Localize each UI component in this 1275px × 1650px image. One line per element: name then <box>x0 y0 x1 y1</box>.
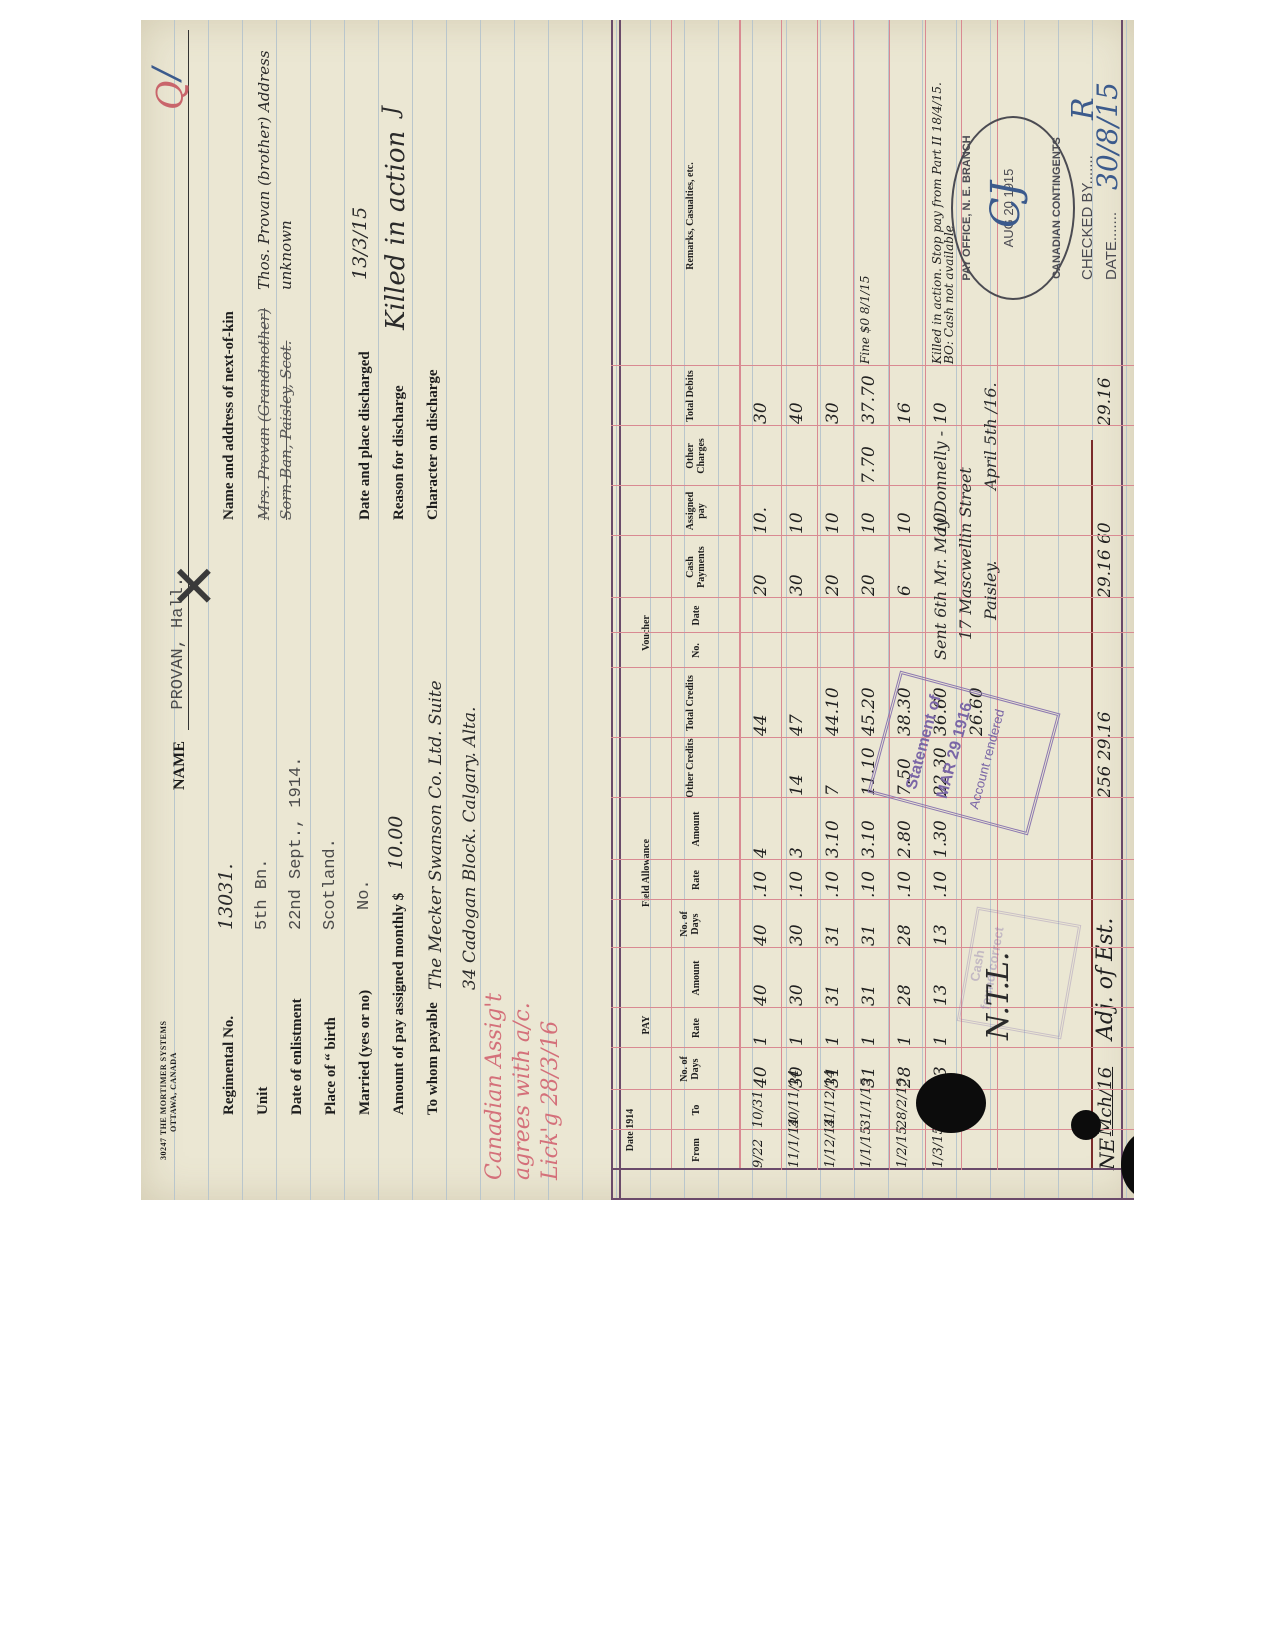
header-to: To <box>691 1090 702 1130</box>
regimental-no-value: 13031. <box>215 864 237 930</box>
header-fa-amount: Amount <box>691 798 702 860</box>
ledger-cell-cash: 20 <box>823 574 843 596</box>
discharge-character-label: Character on discharge <box>425 369 442 520</box>
ledger-cell-fa-amount: 3.10 <box>823 820 843 858</box>
summary-cash: 29.16 60 <box>1095 522 1115 598</box>
header-total-debits: Total Debits <box>685 366 696 426</box>
ledger-row-rule <box>781 20 782 1170</box>
ledger-cell-cash: 20 <box>751 574 771 596</box>
ledger-cell-pay-rate: 1 <box>787 1035 807 1046</box>
assigned-amount-value: 10.00 <box>385 816 407 870</box>
name-label: NAME <box>171 741 189 790</box>
ledger-column-rule <box>611 597 1134 598</box>
ledger-cell-total-debits: 40 <box>787 402 807 424</box>
unit-value: 5th Bn. <box>253 859 272 930</box>
date-value: 30/8/15 <box>1091 82 1124 190</box>
ledger-cell-pay-days: 30 <box>787 1066 807 1088</box>
ledger-cell-pay-amount: 31 <box>859 984 879 1006</box>
discharge-reason-value: Killed in action <box>381 131 411 330</box>
header-voucher: Voucher <box>641 598 652 668</box>
discharge-date-label: Date and place discharged <box>357 351 374 520</box>
next-of-kin-label: Name and address of next-of-kin <box>221 311 238 520</box>
tick-mark: J <box>379 106 404 115</box>
ledger-cell-total-credits: 45.20 <box>859 687 879 736</box>
scanned-card: 30247 THE MORTIMER SYSTEMS OTTAWA, CANAD… <box>141 20 1134 1200</box>
ledger-cell-fa-amount: 2.80 <box>895 820 915 858</box>
ledger-cell-total-debits: 30 <box>823 402 843 424</box>
note-street: 17 Mascwellin Street <box>956 467 975 640</box>
ledger-cell-pay-rate: 1 <box>859 1035 879 1046</box>
ledger-cell-cash: 20 <box>859 574 879 596</box>
printer-mark-line: OTTAWA, CANADA <box>169 1021 179 1160</box>
header-cash-payments: Cash Payments <box>685 536 707 598</box>
summary-from: NE <box>1095 1138 1119 1170</box>
ledger-cell-total-credits: 44 <box>751 714 771 736</box>
ledger-border <box>619 20 621 1200</box>
printer-mark-line: 30247 THE MORTIMER SYSTEMS <box>159 1021 169 1160</box>
ledger-cell-pay-rate: 1 <box>823 1035 843 1046</box>
header-pay-amount: Amount <box>691 948 702 1008</box>
printer-mark: 30247 THE MORTIMER SYSTEMS OTTAWA, CANAD… <box>159 1021 179 1160</box>
ledger-cell-remarks: Fine $0 8/1/15 <box>859 64 871 364</box>
discharge-date-value: 13/3/15 <box>349 207 371 280</box>
ledger-column-rule <box>611 797 1134 798</box>
ledger-column-rule <box>611 632 1134 633</box>
ledger-cell-fa-amount: 4 <box>751 847 771 858</box>
header-other-credits: Other Credits <box>685 738 696 798</box>
ledger-cell-fa-days: 31 <box>859 924 879 946</box>
ledger-row-rule <box>889 20 890 1170</box>
ledger-cell-from: 9/22 <box>751 1139 766 1168</box>
ledger-cell-assigned: 10 <box>787 512 807 534</box>
ledger-cell-pay-days: 28 <box>895 1066 915 1088</box>
ledger-cell-pay-amount: 30 <box>787 984 807 1006</box>
ledger-cell-total-credits: 47 <box>787 714 807 736</box>
margin-note-red: Canadian Assig't agrees with a/c. Lick'g… <box>481 993 565 1180</box>
ledger-cell-fa-days: 30 <box>787 924 807 946</box>
ledger-row-rule <box>853 20 854 1170</box>
header-fa-days: No. of Days <box>679 900 701 948</box>
punch-hole <box>916 1073 986 1133</box>
ledger-cell-pay-rate: 1 <box>931 1035 951 1046</box>
margin-note-line: Canadian Assig't <box>481 993 509 1180</box>
assigned-amount-label: Amount of pay assigned monthly $ <box>391 893 408 1115</box>
discharge-reason-label: Reason for discharge <box>391 385 408 520</box>
punch-hole <box>1071 1110 1101 1140</box>
margin-note-line: agrees with a/c. <box>509 993 537 1180</box>
payee-label: To whom payable <box>425 1002 442 1115</box>
ledger-cell-fa-amount: 3 <box>787 847 807 858</box>
regimental-no-label: Regimental No. <box>221 1016 238 1115</box>
ledger-column-rule <box>611 485 1134 486</box>
ledger-cell-pay-amount: 13 <box>931 984 951 1006</box>
ledger-cell-pay-days: 31 <box>859 1066 879 1088</box>
summary-text: Adj. of Est. <box>1093 918 1118 1040</box>
margin-note-line: Lick'g 28/3/16 <box>537 993 565 1180</box>
ledger-cell-fa-days: 28 <box>895 924 915 946</box>
enlistment-value: 22nd Sept., 1914. <box>287 757 306 930</box>
ledger-cell-fa-rate: .10 <box>931 871 951 898</box>
ledger-cell-pay-amount: 28 <box>895 984 915 1006</box>
ledger-cell-other-charges: 7.70 <box>859 446 879 484</box>
ledger-column-rule <box>611 535 1134 536</box>
summary-total-credits: 256 29.16 <box>1095 711 1115 798</box>
ledger-column-rule <box>611 667 1134 668</box>
ledger-cell-total-debits: 37.70 <box>859 375 879 424</box>
header-pay-days: No. of Days <box>679 1048 701 1090</box>
ledger-cell-assigned: 10 <box>895 512 915 534</box>
faded-stamp: Cash found correct <box>957 907 1082 1040</box>
header-date: Date 1914 <box>625 1090 636 1170</box>
ledger-cell-cash: 30 <box>787 574 807 596</box>
header-pay: PAY <box>641 960 652 1090</box>
ledger-cell-pay-rate: 1 <box>895 1035 915 1046</box>
ledger-cell-other-credits: 7 <box>823 785 843 796</box>
header-from: From <box>691 1130 702 1170</box>
ledger-cell-fa-rate: .10 <box>787 871 807 898</box>
next-of-kin-value: Thos. Provan (brother) Address unknown <box>253 30 297 290</box>
ledger-cell-pay-days: 31 <box>823 1066 843 1088</box>
stamp-initials: CJ <box>983 181 1029 228</box>
ledger-cell-fa-rate: .10 <box>895 871 915 898</box>
stamp-ring-top: PAY OFFICE, N. E. BRANCH <box>961 118 973 298</box>
enlistment-label: Date of enlistment <box>289 998 306 1115</box>
ledger-cell-pay-days: 40 <box>751 1066 771 1088</box>
ledger-row-rule <box>817 20 818 1170</box>
ledger-cell-from: 1/2/15 <box>895 1126 910 1168</box>
faded-initials: N.T.L. <box>981 952 1016 1040</box>
header-fa-rate: Rate <box>691 860 702 900</box>
header-total-credits: Total Credits <box>685 668 696 738</box>
corner-mark-blue: / <box>146 68 187 80</box>
ledger-column-rule <box>611 859 1134 860</box>
birthplace-value: Scotland. <box>321 838 340 930</box>
ledger-cell-assigned: 10 <box>859 512 879 534</box>
ledger-cell-total-credits: 44.10 <box>823 687 843 736</box>
ledger-cell-assigned: 10 <box>823 512 843 534</box>
ledger-cell-fa-rate: .10 <box>751 871 771 898</box>
ledger-cell-fa-rate: .10 <box>823 871 843 898</box>
header-pay-rate: Rate <box>691 1008 702 1048</box>
ledger-column-rule <box>611 1047 1134 1048</box>
ledger-column-rule <box>611 425 1134 426</box>
ledger-rule <box>739 20 741 1170</box>
header-other-charges: Other Charges <box>685 426 707 486</box>
ledger-cell-fa-days: 40 <box>751 924 771 946</box>
ledger-cell-from: 1/1/15 <box>859 1126 874 1168</box>
header-remarks: Remarks, Casualties, etc. <box>685 66 696 366</box>
name-value: PROVAN, Hall. <box>169 30 189 730</box>
ledger-cell-pay-rate: 1 <box>751 1035 771 1046</box>
payee-value: The Mecker Swanson Co. Ltd. Suite 34 Cad… <box>419 660 487 990</box>
ledger-column-rule <box>611 899 1134 900</box>
unit-label: Unit <box>255 1087 272 1115</box>
pay-office-stamp: PAY OFFICE, N. E. BRANCH AUG 20 1915 CAN… <box>951 116 1075 300</box>
ledger-cell-fa-days: 13 <box>931 924 951 946</box>
stamp-ring-bottom: CANADIAN CONTINGENTS <box>1051 118 1063 298</box>
corner-mark-red: Q <box>151 80 192 110</box>
note-town: Paisley. <box>981 561 1000 621</box>
ledger-cell-fa-days: 31 <box>823 924 843 946</box>
ledger-cell-assigned: 10. <box>751 507 771 534</box>
ledger-cell-fa-amount: 3.10 <box>859 820 879 858</box>
ledger-cell-fa-rate: .10 <box>859 871 879 898</box>
ledger-cell-total-debits: 10 <box>931 402 951 424</box>
ledger-cell-to: 10/31 <box>751 1091 766 1128</box>
header-field-allowance: Field Allowance <box>641 798 652 948</box>
ledger-cell-total-debits: 30 <box>751 402 771 424</box>
birthplace-label: Place of “ birth <box>323 1017 340 1115</box>
ledger-row-rule <box>925 20 926 1170</box>
ledger-border <box>1121 20 1123 1200</box>
ledger-cell-total-debits: 16 <box>895 402 915 424</box>
ledger-column-rule <box>611 1198 1134 1200</box>
ledger-cell-pay-amount: 40 <box>751 984 771 1006</box>
header-voucher-no: No. <box>691 633 702 668</box>
summary-total-debits: 29.16 <box>1095 377 1115 426</box>
ledger-border <box>611 20 613 1200</box>
note-sent: Sent 6th Mr. May Donnelly - <box>931 431 950 660</box>
ledger-column-rule <box>611 365 1134 366</box>
ledger-cell-cash: 6 <box>895 585 915 596</box>
next-of-kin-struck: Mrs. Provan (Grandmother) Sorn-Ban, Pais… <box>253 300 297 520</box>
ledger-rule <box>671 20 672 1170</box>
ledger-cell-fa-amount: 1.30 <box>931 820 951 858</box>
header-voucher-date: Date <box>691 598 702 633</box>
ledger-column-rule <box>611 1168 1134 1170</box>
married-label: Married (yes or no) <box>357 990 374 1115</box>
note-date: April 5th /16. <box>981 382 1000 490</box>
total-rule <box>1091 440 1093 1170</box>
ledger-cell-pay-amount: 31 <box>823 984 843 1006</box>
cross-mark: ✕ <box>161 561 229 610</box>
header-assigned-pay: Assigned pay <box>685 486 707 536</box>
married-value: No. <box>355 879 374 910</box>
date-label: DATE....... <box>1103 212 1120 280</box>
ledger-column-rule <box>611 737 1134 738</box>
ledger-cell-other-credits: 14 <box>787 774 807 796</box>
